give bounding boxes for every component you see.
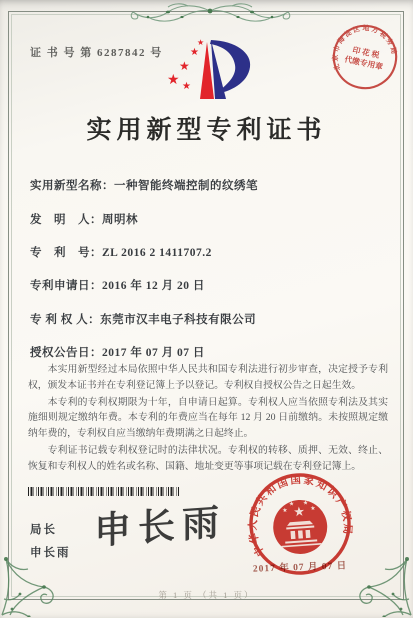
stamp-tax-seal: 北京市海淀区地方税务局 印 花 税 代缴专用章: [321, 14, 408, 100]
top-garland-ornament: [128, 0, 293, 27]
patent-office-logo: ★ ★ ★ ★ ★: [164, 37, 260, 107]
certificate-title: 实用新型专利证书: [0, 110, 413, 146]
bottom-right-corner-ornament: [353, 551, 413, 617]
logo-star-icon: ★: [167, 73, 180, 87]
emblem-small-star-icon: ★: [310, 505, 316, 512]
bottom-left-corner-ornament: [0, 551, 60, 617]
field-application-date: 专利申请日：2016 年 12 月 20 日: [30, 277, 205, 293]
logo-star-icon: ★: [190, 48, 199, 58]
field-label: 专 利 号：: [30, 247, 102, 259]
director-title-label: 局长: [30, 521, 57, 537]
field-label: 专利申请日：: [30, 280, 102, 292]
national-emblem: ★ ★ ★ ★ ★: [271, 498, 329, 556]
director-signature: 申长雨: [94, 491, 226, 554]
field-value: 周明林: [102, 214, 138, 226]
certificate-barcode: [28, 487, 180, 496]
legal-paragraph-2: 本专利的专利权期限为十年，自申请日起算。专利权人应当依照专利法及其实施细则规定缴…: [28, 395, 388, 442]
field-value: 一种智能终端控制的纹绣笔: [114, 180, 258, 192]
field-grant-announcement-date: 授权公告日：2017 年 07 月 07 日: [30, 344, 205, 360]
emblem-small-star-icon: ★: [289, 500, 295, 507]
field-label: 专 利 权 人：: [30, 314, 100, 326]
field-inventor: 发 明 人：周明林: [30, 211, 138, 227]
logo-star-icon: ★: [197, 39, 204, 47]
field-utility-model-name: 实用新型名称：一种智能终端控制的纹绣笔: [30, 177, 258, 193]
emblem-small-star-icon: ★: [303, 499, 309, 506]
legal-text-block: 本实用新型经过本局依照中华人民共和国专利法进行初步审查，决定授予专利权，颁发本证…: [28, 362, 388, 476]
field-value: 东莞市汉丰电子科技有限公司: [100, 314, 256, 326]
field-value: 2017 年 07 月 07 日: [102, 347, 205, 359]
certificate-page: 证 书 号 第 6287842 号 ★ ★ ★ ★ ★ 北京市海淀区地方税务局 …: [0, 0, 413, 618]
logo-star-icon: ★: [179, 60, 190, 72]
field-patentee: 专 利 权 人：东莞市汉丰电子科技有限公司: [30, 311, 256, 327]
logo-star-icon: ★: [182, 82, 191, 92]
field-label: 授权公告日：: [30, 347, 102, 359]
field-label: 发 明 人：: [30, 214, 102, 226]
legal-paragraph-1: 本实用新型经过本局依照中华人民共和国专利法进行初步审查，决定授予专利权，颁发本证…: [28, 362, 388, 394]
certificate-number: 证 书 号 第 6287842 号: [30, 44, 163, 60]
emblem-small-star-icon: ★: [282, 507, 288, 514]
field-label: 实用新型名称：: [30, 180, 114, 192]
page-number-footer: 第 1 页 （共 1 页）: [0, 589, 413, 601]
field-patent-number: 专 利 号：ZL 2016 2 1411707.2: [30, 244, 212, 260]
field-value: 2016 年 12 月 20 日: [102, 280, 205, 292]
emblem-big-star-icon: ★: [293, 505, 306, 521]
field-value: ZL 2016 2 1411707.2: [102, 247, 212, 259]
